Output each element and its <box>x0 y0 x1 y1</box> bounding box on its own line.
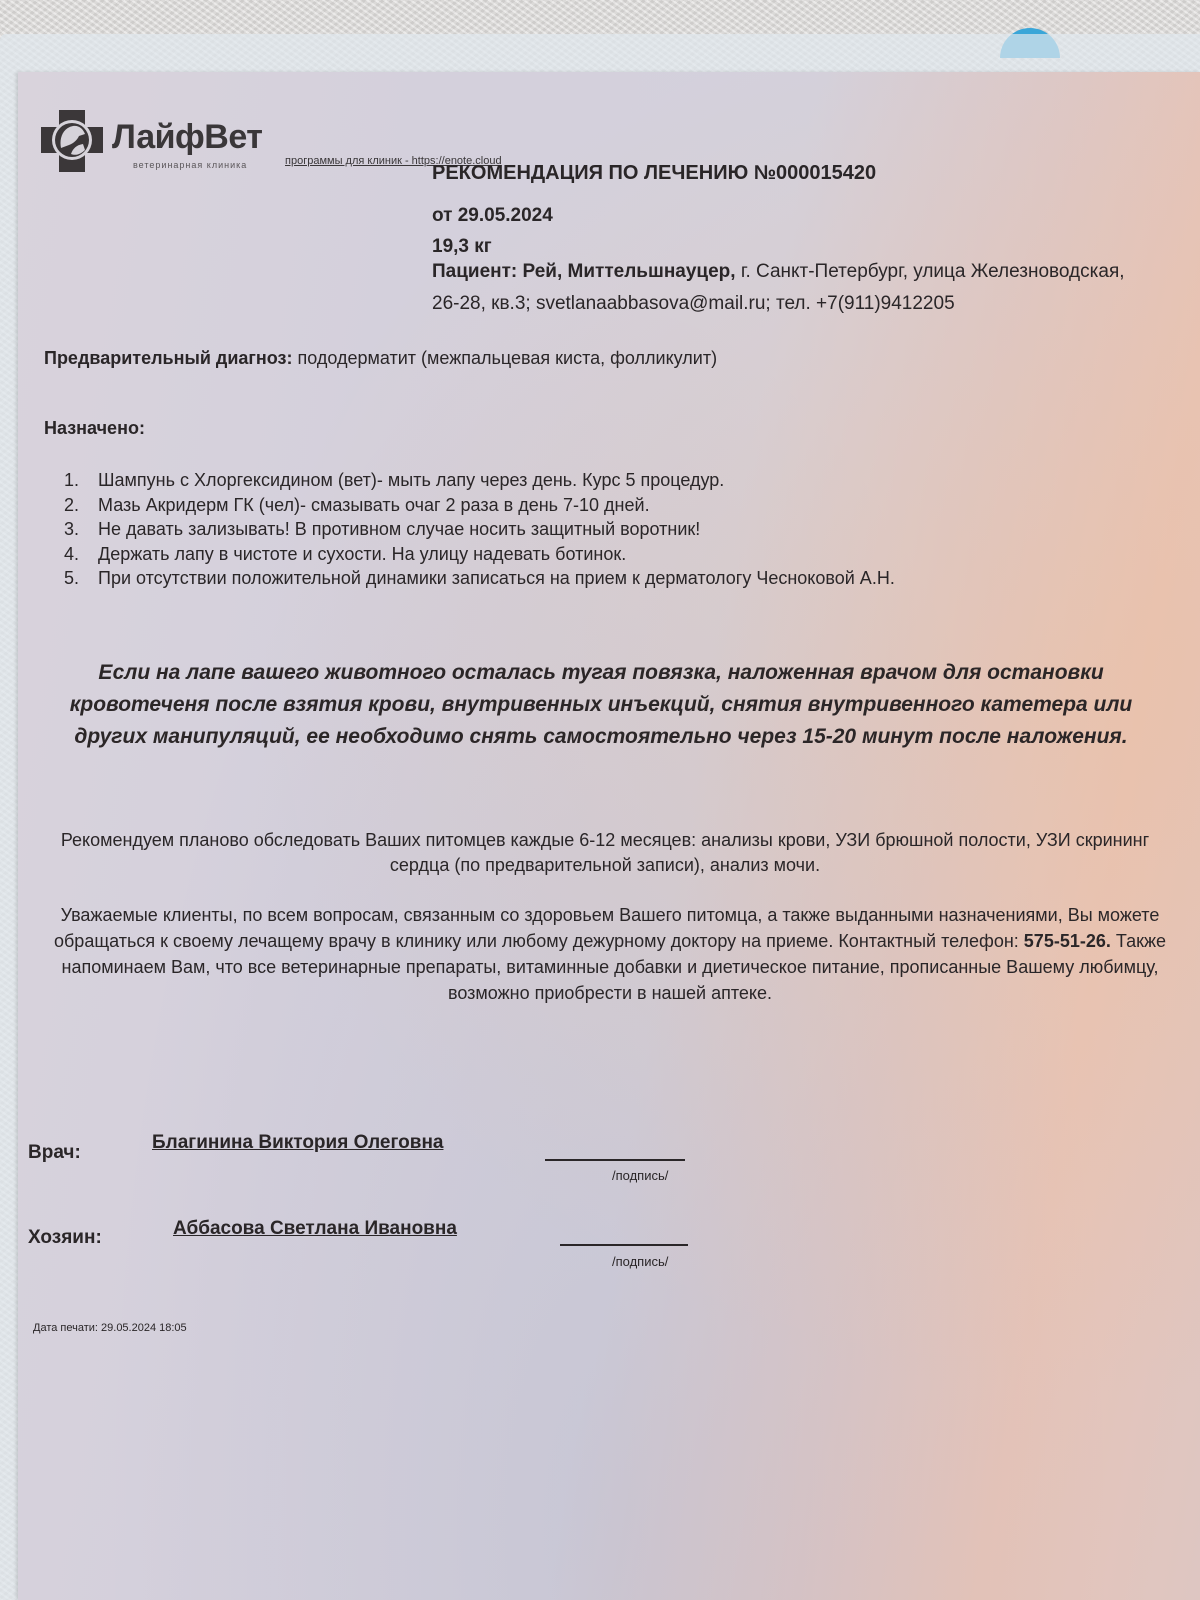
prescription-item: 2.Мазь Акридерм ГК (чел)- смазывать очаг… <box>64 493 895 518</box>
print-date: Дата печати: 29.05.2024 18:05 <box>33 1322 187 1334</box>
prescriptions-heading: Назначено: <box>44 418 145 439</box>
clinic-name: ЛайфВет <box>112 118 262 157</box>
doctor-signature-line <box>545 1159 685 1161</box>
owner-name: Аббасова Светлана Ивановна <box>173 1218 457 1240</box>
checkup-recommendation: Рекомендуем планово обследовать Ваших пи… <box>40 828 1170 878</box>
bandage-warning: Если на лапе вашего животного осталась т… <box>34 657 1168 753</box>
document-title: РЕКОМЕНДАЦИЯ ПО ЛЕЧЕНИЮ №000015420 <box>432 162 876 185</box>
owner-signature-hint: /подпись/ <box>612 1254 668 1269</box>
clients-notice: Уважаемые клиенты, по всем вопросам, свя… <box>40 902 1180 1006</box>
prescription-item: 5.При отсутствии положительной динамики … <box>64 566 895 591</box>
prescription-item: 4.Держать лапу в чистоте и сухости. На у… <box>64 542 895 567</box>
patient-label: Пациент: Рей, Миттельшнауцер, <box>432 261 736 282</box>
patient-info: Пациент: Рей, Миттельшнауцер, г. Санкт-П… <box>432 256 1132 320</box>
clinic-logo-icon <box>41 110 103 172</box>
doctor-label: Врач: <box>28 1142 81 1164</box>
prescription-item: 1.Шампунь с Хлоргексидином (вет)- мыть л… <box>64 468 895 493</box>
diagnosis-value: пододерматит (межпальцевая киста, фоллик… <box>298 348 718 368</box>
patient-weight: 19,3 кг <box>432 236 492 258</box>
diagnosis: Предварительный диагноз: пододерматит (м… <box>44 348 717 369</box>
doctor-name: Благинина Виктория Олеговна <box>152 1132 444 1154</box>
owner-signature-line <box>560 1244 688 1246</box>
owner-label: Хозяин: <box>28 1227 102 1249</box>
doctor-signature-hint: /подпись/ <box>612 1168 668 1183</box>
contact-phone: 575-51-26. <box>1024 931 1111 951</box>
diagnosis-label: Предварительный диагноз: <box>44 348 292 368</box>
prescription-item: 3.Не давать зализывать! В противном случ… <box>64 517 895 542</box>
document-date: от 29.05.2024 <box>432 205 553 227</box>
prescriptions-list: 1.Шампунь с Хлоргексидином (вет)- мыть л… <box>64 468 895 591</box>
clinic-subtitle: ветеринарная клиника <box>133 160 247 170</box>
